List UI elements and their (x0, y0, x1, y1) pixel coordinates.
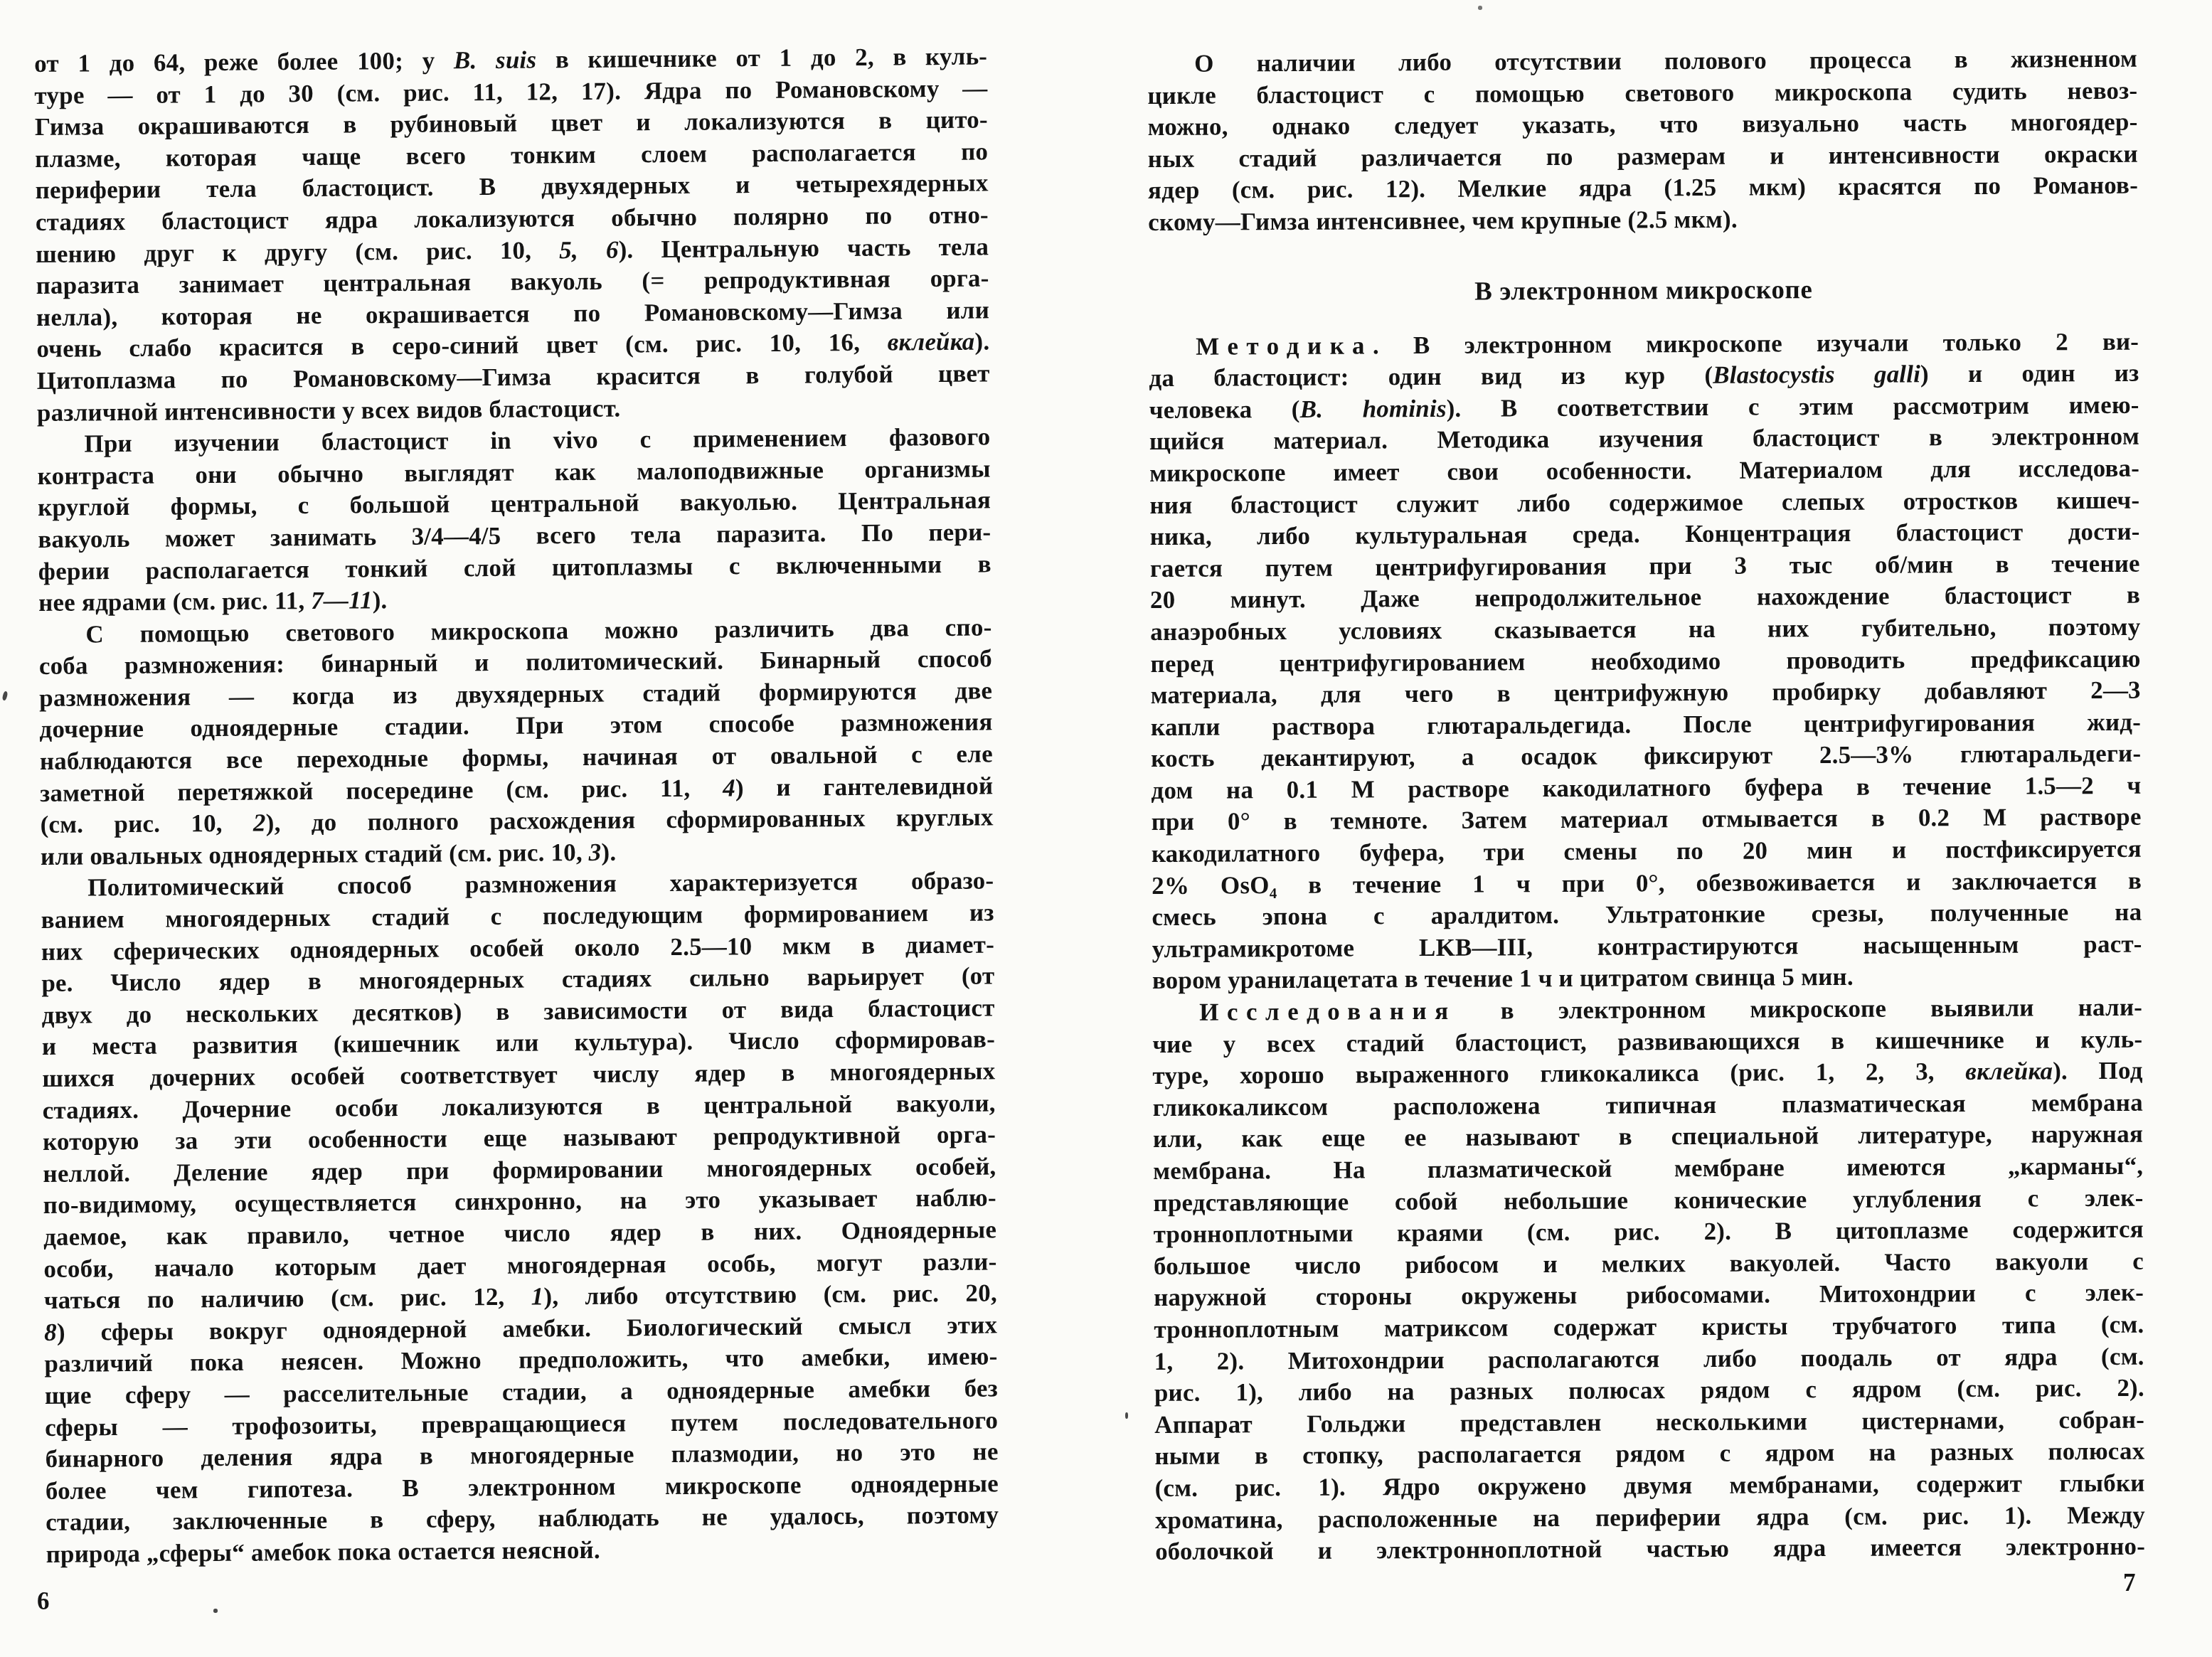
text-line: мембрана. На плазматической мембране име… (1153, 1151, 2143, 1188)
page-text: О наличии либо отсутствии полового проце… (1147, 43, 2145, 1568)
paragraph: Методика. В электронном микроскопе изуча… (1149, 326, 2142, 997)
text-line: ных стадий различается по размерам и инт… (1148, 138, 2138, 175)
text-line: можно, однако следует указать, что визуа… (1147, 107, 2137, 144)
page-number: 7 (2123, 1569, 2136, 1597)
text-line: тронноплотным матриксом содержат кристы … (1154, 1309, 2144, 1346)
book-spread: от 1 до 64, реже более 100; у B. suis в … (0, 0, 2212, 1657)
text-line: ультрамикротоме LKB—III, контрастируются… (1152, 929, 2142, 966)
text-line: да бластоцист: один вид из кур (Blastocy… (1149, 358, 2139, 395)
text-line: какодилатного буфера, три смены по 20 ми… (1152, 833, 2142, 870)
text-line: капли раствора глютаральдегида. После це… (1151, 706, 2141, 743)
paragraph: Политомический способ размножения характ… (41, 865, 999, 1571)
text-line: Методика. В электронном микроскопе изуча… (1149, 326, 2139, 363)
text-line: туре, хорошо выраженного гликокаликса (р… (1152, 1055, 2142, 1092)
text-line: Исследования в электронном микроскопе вы… (1152, 992, 2142, 1029)
text-line: хроматина, расположенные на периферии яд… (1155, 1499, 2145, 1536)
text-line: щийся материал. Методика изучения бласто… (1149, 421, 2139, 458)
paragraph: от 1 до 64, реже более 100; у B. suis в … (34, 41, 990, 429)
text-line: ния бластоцист служит либо содержимое сл… (1149, 484, 2139, 521)
text-line: природа „сферы“ амебок пока остается нея… (46, 1531, 999, 1570)
text-line: кость декантируют, а осадок фиксируют 2.… (1151, 738, 2141, 775)
page-left: от 1 до 64, реже более 100; у B. suis в … (0, 0, 1106, 1657)
text-line: 2% OsO₄ в течение 1 ч при 0°, обезвожива… (1152, 865, 2142, 902)
text-line: большое число рибосом и мелких вакуолей.… (1154, 1245, 2144, 1282)
page-right: О наличии либо отсутствии полового проце… (1106, 0, 2212, 1657)
text-line: (см. рис. 1). Ядро окружено двумя мембра… (1154, 1468, 2144, 1505)
text-line: цикле бластоцист с помощью светового мик… (1147, 75, 2137, 112)
text-line: при 0° в темноте. Затем материал отмывае… (1152, 801, 2142, 838)
text-line: 1, 2). Митохондрии располагаются либо по… (1154, 1341, 2144, 1378)
scan-speck (213, 1609, 218, 1613)
text-line: микроскопе имеет свои особенности. Матер… (1149, 453, 2139, 490)
section-heading: В электронном микроскопе (1149, 272, 2139, 309)
text-line: человека (B. hominis). В соответствии с … (1149, 389, 2139, 426)
text-line: перед центрифугированием необходимо пров… (1150, 643, 2140, 680)
text-line: тронноплотными краями (см. рис. 2). В ци… (1154, 1214, 2144, 1251)
text-line: анаэробных условиях сказывается на них г… (1150, 612, 2140, 649)
scan-speck (1125, 1412, 1128, 1419)
paragraph: Исследования в электронном микроскопе вы… (1152, 992, 2145, 1568)
text-line: чие у всех стадий бластоцист, развивающи… (1152, 1023, 2142, 1060)
text-line: или, как еще ее называют в специальной л… (1153, 1119, 2143, 1156)
page-text: от 1 до 64, реже более 100; у B. suis в … (34, 41, 999, 1570)
scan-speck (1478, 6, 1482, 10)
text-line: материала, для чего в центрифужную проби… (1151, 675, 2141, 712)
paragraph: При изучении бластоцист in vivo с примен… (37, 422, 991, 619)
text-line: вором уранилацетата в течение 1 ч и цитр… (1152, 960, 2142, 997)
text-line: Аппарат Гольджи представлен несколькими … (1154, 1404, 2144, 1441)
text-line: рис. 1), либо на разных полюсах рядом с … (1154, 1373, 2144, 1410)
text-line: скому—Гимза интенсивнее, чем крупные (2.… (1148, 202, 2138, 239)
text-line: наружной стороны окружены рибосомами. Ми… (1154, 1277, 2144, 1314)
text-line: гается путем центрифугирования при 3 тыс… (1150, 548, 2140, 585)
paragraph: С помощью светового микроскопа можно раз… (38, 612, 994, 873)
text-line: ными в стопку, располагается рядом с ядр… (1154, 1436, 2144, 1473)
text-line: представляющие собой небольшие конически… (1153, 1182, 2143, 1219)
text-line: оболочкой и электронноплотной частью ядр… (1155, 1531, 2145, 1568)
text-line: смесь эпона с аралдитом. Ультратонкие ср… (1152, 897, 2142, 934)
text-line: гликокаликсом расположена типичная плазм… (1153, 1087, 2143, 1124)
paragraph: О наличии либо отсутствии полового проце… (1147, 43, 2138, 239)
text-line: 20 минут. Даже непродолжительное нахожде… (1150, 580, 2140, 617)
text-line: О наличии либо отсутствии полового проце… (1147, 43, 2137, 80)
text-line: ядер (см. рис. 12). Мелкие ядра (1.25 мк… (1148, 170, 2138, 207)
text-line: ника, либо культуральная среда. Концентр… (1149, 516, 2139, 553)
text-line: дом на 0.1 М растворе какодилатного буфе… (1151, 770, 2141, 807)
page-number: 6 (37, 1587, 50, 1616)
